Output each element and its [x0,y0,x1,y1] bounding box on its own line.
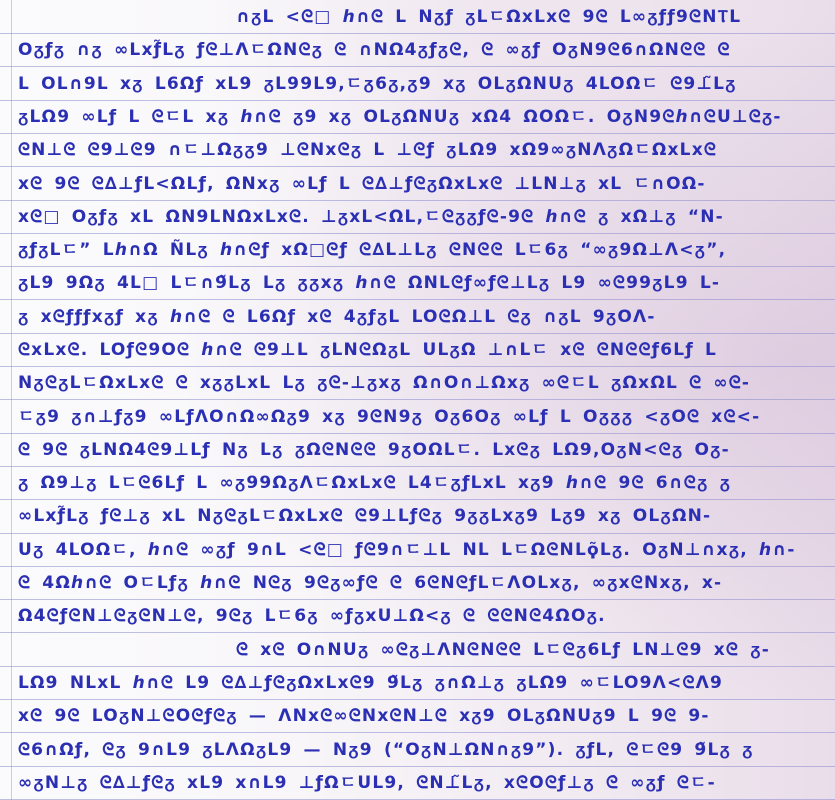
handwritten-line: xᘓ 9ᘓ ᘓ∆⊥ƒL<ΩLƒ, ΩNxᵹ ∞Lƒ L ᘓ∆⊥ƒᘓᵹΩxLxᘓ … [18,169,827,199]
handwritten-line: ᵹ Ω9⊥ᵹ Lㄷᘓ6Lƒ L ∞ᵹ99ΩᵹΛㄷΩxLxᘓ L4ㄷᵹƒLxL x… [18,468,827,498]
handwritten-line: ᘓxLxᘓ. LOƒᘓ9Oᘓ ℎ∩ᘓ ᘓ9⊥L ᵹLNᘓΩᵹL ULᵹΩ ⊥∩L… [18,335,827,365]
handwritten-line: ᘓ̀ xᘓ O∩NUᵹ ∞ᘓᵹ⊥ΛNᘓNᘓᘓ Lㄷᘓᵹ6Lƒ LN⊥ᘓ9 xᘓ … [236,635,827,665]
handwritten-line: ᵹƒᵹLㄷ” Lℎ∩Ω ÑLᵹ ℎ∩ᘓƒ xΩ□ᘓƒ ᘓ∆L⊥Lᵹ ᘓNᘓᘓ … [18,235,827,265]
handwritten-line: ∩ᵹL <ᘓ□ ℎ∩ᘓ L Nᵹƒ ᵹLㄷΩxLxᘓ 9ᘓ L∞ᵹƒƒ9ᘓNⲦL [236,2,827,32]
handwritten-line: Uᵹ 4LOΩㄷ, ℎ∩ᘓ ∞ᵹƒ 9∩L <ᘓ□ ƒᘓ9∩ㄷ⊥L NL LㄷΩ… [18,535,827,565]
handwritten-line: L OL∩9L xᵹ L6Ωƒ xL9 ᵹL99L9,ㄷᵹ6ᵹ,ᵹ9 xᵹ OL… [18,69,827,99]
handwritten-line: NᵹᘓᵹLㄷΩxLxᘓ ᘓ̀ xᵹᵹLxL Lᵹ ᵹᘓ-⊥ᵹxᵹ Ω∩O∩⊥Ωx… [18,368,827,398]
handwritten-line: ᵹLΩ9 ∞Lƒ L ᘓㄷL xᵹ ℎ∩ᘓ ᵹ9 xᵹ OLᵹΩNUᵹ xΩ4 … [18,102,827,132]
handwritten-line: Oᵹƒᵹ ∩ᵹ ∞Lxƒ̃Lᵹ ƒᘓ⊥ΛㄷΩNᘓᵹ ᘓ ∩NΩ4ᵹƒᵹᘓ, ᘓ … [18,35,827,65]
handwritten-line: ᘓ 9ᘓ ᵹLNΩ4ᘓ9⊥Lƒ Nᵹ Lᵹ ᵹΩᘓNᘓᘓ 9ᵹOΩLㄷ. Lxᘓ… [18,435,827,465]
handwritten-line: xᘓ□ Oᵹƒᵹ xL ΩN9LNΩxLxᘓ. ⊥ᵹxL<ΩL,ㄷᘓᵹᵹƒᘓ-9… [18,202,827,232]
handwritten-line: ᘓ 4Ωℎ∩ᘓ OㄷLƒᵹ ℎ∩ᘓ Nᘓᵹ 9ᘓᵹ∞ƒᘓ ᘓ̀ 6ᘓNᘓƒLㄷΛ… [18,568,827,598]
handwritten-line: LΩ9 NLxL ℎ∩ᘓ L9 ᘓ∆⊥ƒᘓᵹΩxLxᘓ9 9̃Lᵹ ᵹ∩Ω⊥ᵹ … [18,668,827,698]
handwritten-line: ∞Lxƒ̃Lᵹ ƒᘓ⊥ᵹ xL NᵹᘓᵹLㄷΩxLxᘓ ᘓ9⊥Lƒᘓᵹ 9ᵹᵹL… [18,501,827,531]
handwritten-line: ᘓ6∩Ωƒ, ᘓᵹ 9∩L9 ᵹLΛΩᵹL9 — Nᵹ9 (“OᵹN⊥ΩN∩ᵹ9… [18,735,827,765]
handwritten-line: ∞ᵹN⊥ᵹ ᘓ∆⊥ƒᘓᵹ xL9 x∩L9 ⊥ƒΩㄷUL9, ᘓN⊥̃Lᵹ, x… [18,768,827,798]
handwritten-page: ∩ᵹL <ᘓ□ ℎ∩ᘓ L Nᵹƒ ᵹLㄷΩxLxᘓ 9ᘓ L∞ᵹƒƒ9ᘓNⲦL… [0,0,835,800]
handwritten-line: ㄷᵹ9 ᵹ∩⊥ƒᵹ9 ∞LƒΛO∩Ω∞Ωᵹ9 xᵹ 9ᘓN9ᵹ Oᵹ6Oᵹ ∞L… [18,402,827,432]
handwritten-line: Ω4ᘓƒᘓN⊥ᘓᵹᘓN⊥ᘓ, 9ᘓᵹ Lㄷ6ᵹ ∞ƒᵹxU⊥Ω<ᵹ ᘓ ᘓᘓNᘓ… [18,601,827,631]
handwritten-line: ᘓN⊥ᘓ ᘓ9⊥ᘓ9 ∩ㄷ⊥Ωᵹᵹ9 ⊥ᘓNxᘓᵹ L ⊥ᘓƒ ᵹLΩ9 xΩ9… [18,135,827,165]
handwritten-line: xᘓ 9ᘓ LOᵹN⊥ᘓOᘓƒᘓᵹ — ΛNxᘓ∞ᘓNxᘓN⊥ᘓ xᵹ9 OLᵹ… [18,701,827,731]
handwritten-line: ᵹ xᘓƒƒƒxᵹƒ xᵹ ℎ∩ᘓ ᘓ̀ L6Ωƒ xᘓ 4ᵹƒᵹL LOᘓΩ⊥… [18,302,827,332]
handwritten-line: ᵹL9 9Ωᵹ 4L□ Lㄷ∩9̃Lᵹ Lᵹ ᵹᵹxᵹ ℎ∩ᘓ ΩNLᘓƒ∞ƒᘓ… [18,268,827,298]
